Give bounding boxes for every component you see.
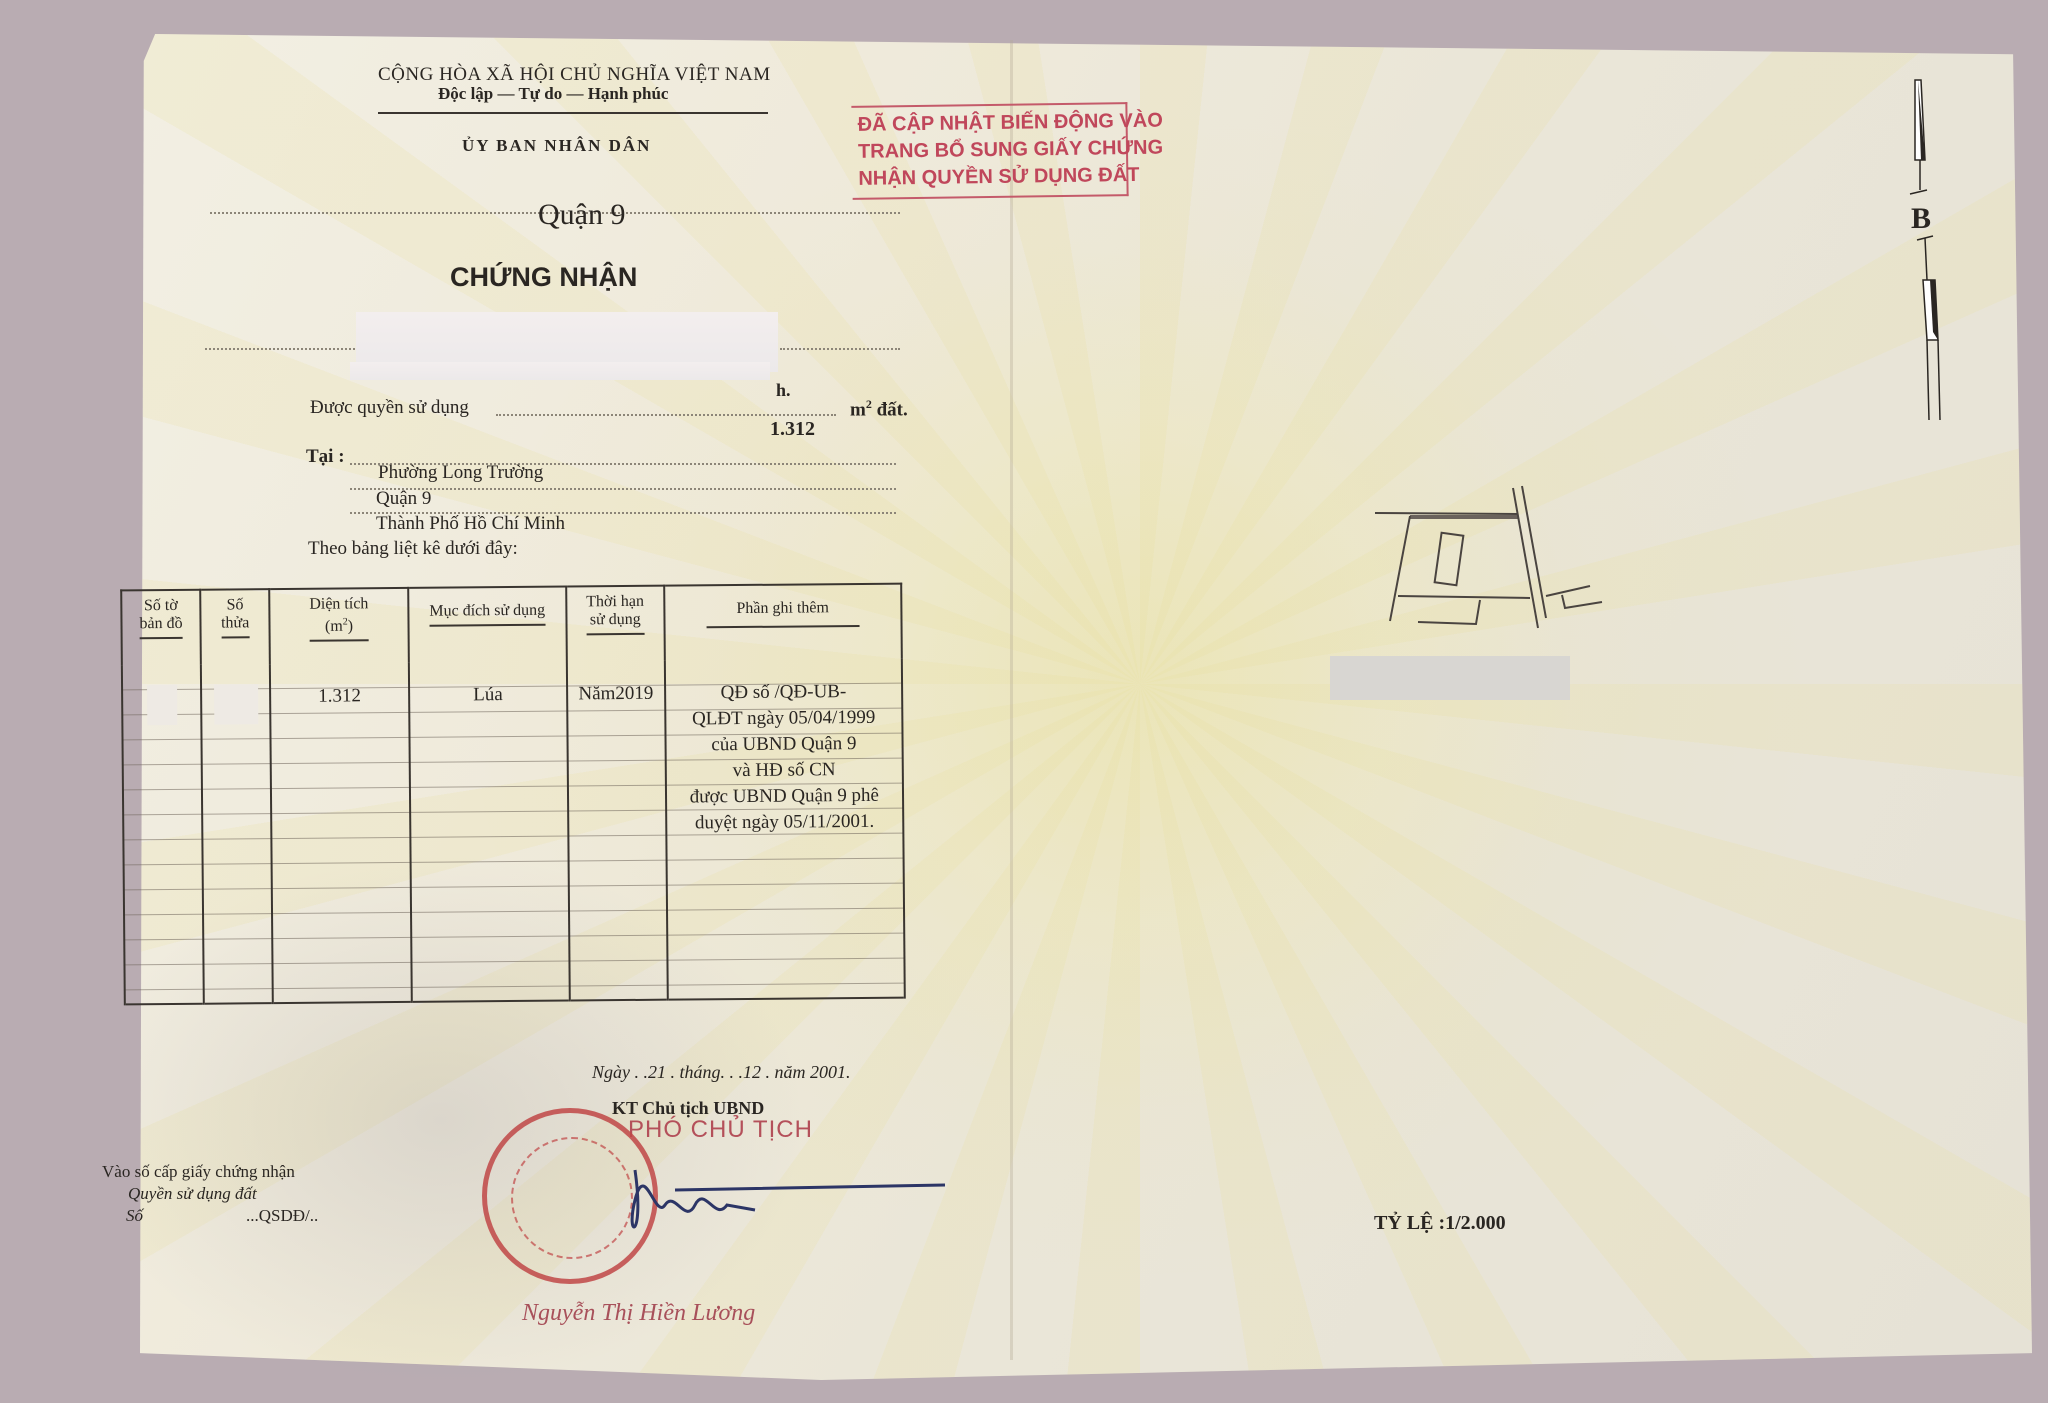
certificate-title: CHỨNG NHẬN	[450, 262, 637, 293]
col-term: Thời hạnsử dụng	[566, 586, 664, 662]
location-district: Quận 9	[376, 488, 431, 510]
registry-line-2: Quyền sử dụng đất	[128, 1184, 257, 1204]
col-parcel-no: Sốthửa	[200, 589, 270, 665]
north-label: B	[1911, 202, 1931, 236]
signature-scribble	[615, 1150, 945, 1240]
location-label: Tại :	[306, 446, 345, 468]
col-area: Diện tích(m2)	[269, 588, 408, 664]
stamp-line: ĐÃ CẬP NHẬT BIẾN ĐỘNG VÀO	[857, 108, 1119, 139]
col-notes: Phần ghi thêm	[664, 584, 902, 661]
north-arrow-icon	[1905, 70, 1945, 430]
usage-label: Được quyền sử dụng	[310, 397, 469, 419]
district-name: Quận 9	[538, 198, 625, 232]
location-ward: Phường Long Trường	[378, 462, 543, 484]
stamp-line: TRANG BỔ SUNG GIẤY CHỨNG	[858, 135, 1120, 166]
redacted-map-label	[1330, 656, 1570, 700]
cell-map-sheet	[122, 665, 204, 1005]
usage-dotline	[496, 414, 836, 416]
cell-purpose: Lúa	[409, 662, 570, 1002]
unit-m: m	[850, 399, 866, 420]
committee-label: ỦY BAN NHÂN DÂN	[462, 136, 651, 156]
national-motto: Độc lập — Tự do — Hạnh phúc	[438, 84, 668, 104]
header-divider	[378, 112, 768, 114]
cell-term: Năm2019	[567, 661, 668, 1001]
issue-date: Ngày . .21 . tháng. . .12 . năm 2001.	[592, 1062, 851, 1083]
owner-dotline	[205, 348, 355, 350]
title-stamp: PHÓ CHỦ TỊCH	[628, 1116, 813, 1144]
table-header-row: Số tờbản đồ Sốthửa Diện tích(m2) Mục đíc…	[121, 584, 902, 666]
table-row: 1.312 Lúa Năm2019 QĐ số /QĐ-UB- QLĐT ngà…	[122, 659, 905, 1005]
location-dotline-2	[350, 488, 896, 490]
usage-unit: m2 đất.	[850, 397, 908, 421]
col-map-sheet: Số tờbản đồ	[121, 590, 201, 666]
parcel-table: Số tờbản đồ Sốthửa Diện tích(m2) Mục đíc…	[120, 583, 906, 1006]
parcel-map-sketch	[1370, 478, 1620, 633]
update-stamp: ĐÃ CẬP NHẬT BIẾN ĐỘNG VÀO TRANG BỔ SUNG …	[851, 102, 1128, 200]
national-title: CỘNG HÒA XÃ HỘI CHỦ NGHĨA VIỆT NAM	[378, 64, 771, 86]
cell-area: 1.312	[270, 663, 411, 1003]
usage-fragment: h.	[776, 380, 791, 401]
list-intro: Theo bảng liệt kê dưới đây:	[308, 538, 518, 560]
usage-area-value: 1.312	[770, 418, 815, 441]
registry-number-label: Số	[126, 1206, 143, 1226]
center-fold	[1010, 40, 1013, 1360]
owner-dotline-2	[780, 348, 900, 350]
stamp-line: NHẬN QUYỀN SỬ DỤNG ĐẤT	[858, 162, 1120, 193]
map-scale-label: TỶ LỆ :1/2.000	[1374, 1212, 1506, 1235]
registry-number-suffix: ...QSDĐ/..	[246, 1206, 318, 1226]
unit-sup: 2	[866, 397, 872, 411]
registry-line-1: Vào số cấp giấy chứng nhận	[102, 1162, 295, 1182]
redacted-usage-text	[350, 362, 770, 380]
col-purpose: Mục đích sử dụng	[408, 587, 567, 663]
location-city: Thành Phố Hồ Chí Minh	[376, 513, 565, 535]
signer-name: Nguyễn Thị Hiền Lương	[522, 1300, 755, 1327]
unit-suffix: đất.	[877, 399, 908, 420]
cell-parcel-no	[201, 664, 273, 1004]
cell-notes: QĐ số /QĐ-UB- QLĐT ngày 05/04/1999 của U…	[664, 659, 904, 1000]
